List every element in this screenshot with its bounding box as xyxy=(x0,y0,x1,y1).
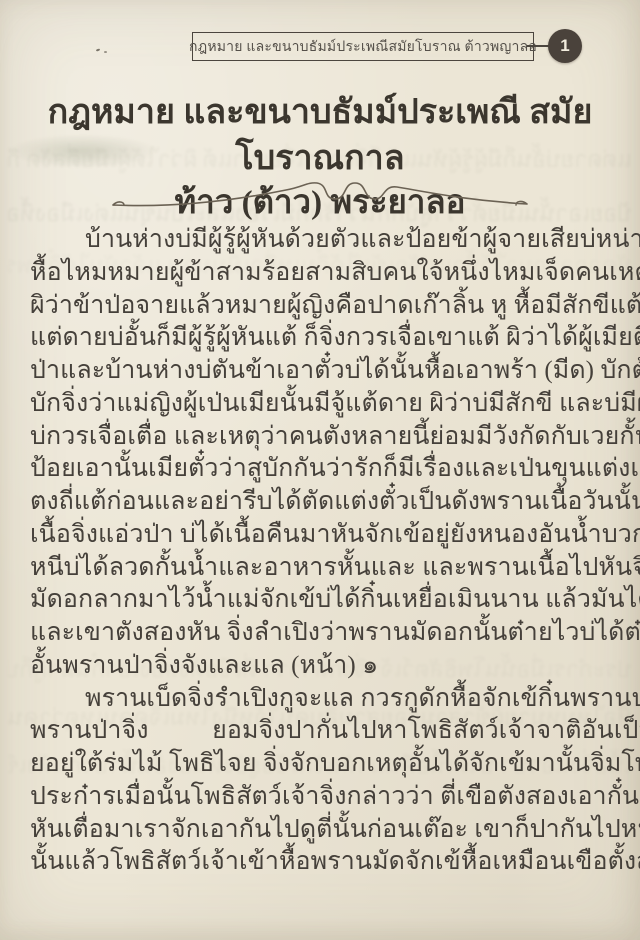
body-line: หนีบ่ได้ลวดกั้นน้ำและอาหารหั้นและ และพรา… xyxy=(30,552,612,585)
body-text: บ้านห่างบ่มีผู้รู้ผู้หันด้วยตัวและป้อยข้… xyxy=(30,224,612,879)
body-line: ผิว่าข้าป่อจายแล้วหมายผู้ญิงคือปาดเก๊าลิ… xyxy=(30,290,612,323)
paper-speck xyxy=(96,48,100,51)
body-line: ยอยู่ใต้ร่มไม้ โพธิไจย จิ่งจักบอกเหตุอั้… xyxy=(30,748,612,781)
body-line: หันเตื่อมาเราจักเอากันไปดูตี่นั้นก่อนเต๊… xyxy=(30,814,612,847)
body-line: ป่าและบ้านห่างบ่ตันข้าเอาตั๋วบ่ได้นั้นหื… xyxy=(30,355,612,388)
body-line: มัดอกลากมาไว้น้ำแม่จักเข้บ่ได้กิ๋นเหยื่อ… xyxy=(30,584,612,617)
body-line: หื้อไหมหมายผู้ข้าสามร้อยสามสิบคนใจ้หนึ่ง… xyxy=(30,257,612,290)
body-line: แต่ดายบ่อั้นก็มีผู้รู้ผู้หันแต้ ก็จิ่งกว… xyxy=(30,322,612,355)
body-line: พรานเบ็ดจิ่งรำเปิงกูจะแล กวรกูดักหื้อจัก… xyxy=(30,683,612,716)
body-line: เนื้อจิ่งแอ่วป่า บ่ได้เนื้อคืนมาหันจักเข… xyxy=(30,519,612,552)
body-line: บ่กวรเจื่อเตื่อ และเหตุว่าคนตังหลายนี้ย่… xyxy=(30,421,612,454)
scanned-book-page: แต่ดายบ่อั้นก็มีผู้รู้ผู้หันแต้ ก็จิ่งกว… xyxy=(0,0,640,940)
page-number-badge: 1 xyxy=(548,29,582,63)
body-line: ป้อยเอานั้นเมียตั๋วว่าสูบักกันว่ารักก็มี… xyxy=(30,453,612,486)
paper-speck xyxy=(104,51,107,53)
body-line: ตงถี่แต้ก่อนและอย่ารีบได้ตัดแต่งตั๋วเป็น… xyxy=(30,486,612,519)
chapter-title-line1: กฎหมาย และขนาบธัมม์ประเพณี สมัยโบราณกาล xyxy=(0,90,640,182)
body-line: บักจิ่งว่าแม่ญิงผู้เป่นเมียนั้นมีจู้แต้ด… xyxy=(30,388,612,421)
body-line: ประก๋ารเมื่อนั้นโพธิสัตว์เจ้าจิ่งกล่าวว่… xyxy=(30,781,612,814)
body-line: บ้านห่างบ่มีผู้รู้ผู้หันด้วยตัวและป้อยข้… xyxy=(30,224,612,257)
body-line: และเขาตังสองหัน จิ่งลำเปิงว่าพรานมัดอกนั… xyxy=(30,617,612,650)
running-header-box: กฎหมาย และขนาบธัมม์ประเพณีสมัยโบราณ ต้าว… xyxy=(192,32,534,61)
running-header-title: กฎหมาย และขนาบธัมม์ประเพณีสมัยโบราณ ต้าว… xyxy=(189,36,537,58)
page-number: 1 xyxy=(560,36,569,56)
body-line: พรานป่าจิ่ง ยอมจิ่งปากั่นไปหาโพธิสัตว์เจ… xyxy=(30,715,612,748)
body-line: นั้นแล้วโพธิสัตว์เจ้าเข้าหื้อพรานมัดจักเ… xyxy=(30,846,612,879)
body-line: อั้นพรานป่าจิ่งจังและแล (หน้า) ๑ xyxy=(30,650,612,683)
flourish-divider-icon xyxy=(110,176,530,220)
